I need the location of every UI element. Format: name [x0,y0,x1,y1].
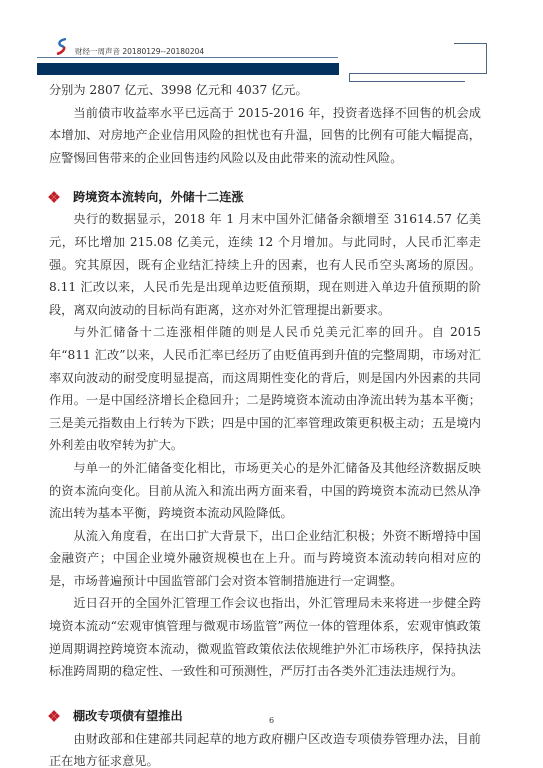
paragraph: 分别为 2807 亿元、3998 亿元和 4037 亿元。 [49,79,481,102]
header-title: 财经一周声音 20180129--20180204 [75,46,204,57]
section-title: 跨境资本流转向，外储十二连涨 [73,186,244,209]
paragraph: 与外汇储备十二连涨相伴随的则是人民币兑美元汇率的回升。自 2015 年“811 … [49,321,481,457]
page-number: 6 [0,716,543,725]
header-bracket-decoration [454,43,487,74]
paragraph: 当前债市收益率水平已远高于 2015-2016 年，投资者选择不回售的机会成本增… [49,102,481,170]
document-body: 分别为 2807 亿元、3998 亿元和 4037 亿元。 当前债市收益率水平已… [49,79,481,768]
section-heading: 跨境资本流转向，外储十二连涨 [49,185,481,208]
spacer [49,169,481,185]
paragraph: 央行的数据显示，2018 年 1 月末中国外汇储备余额增至 31614.57 亿… [49,208,481,321]
paragraph: 由财政部和住建部共同起草的地方政府棚户区改造专项债券管理办法，目前正在地方征求意… [49,728,481,768]
diamond-bullet-icon [49,192,59,202]
logo-icon [56,38,68,55]
paragraph: 近日召开的全国外汇管理工作会议也指出，外汇管理局未来将进一步健全跨境资本流动“宏… [49,592,481,682]
page-header: 财经一周声音 20180129--20180204 [0,0,543,80]
spacer [49,683,481,705]
header-rule [37,57,338,58]
header-navy-bar [37,63,339,75]
paragraph: 与单一的外汇储备变化相比，市场更关心的是外汇储备及其他经济数据反映的资本流向变化… [49,457,481,525]
paragraph: 从流入角度看，在出口扩大背景下，出口企业结汇积极；外资不断增持中国金融资产；中国… [49,525,481,593]
